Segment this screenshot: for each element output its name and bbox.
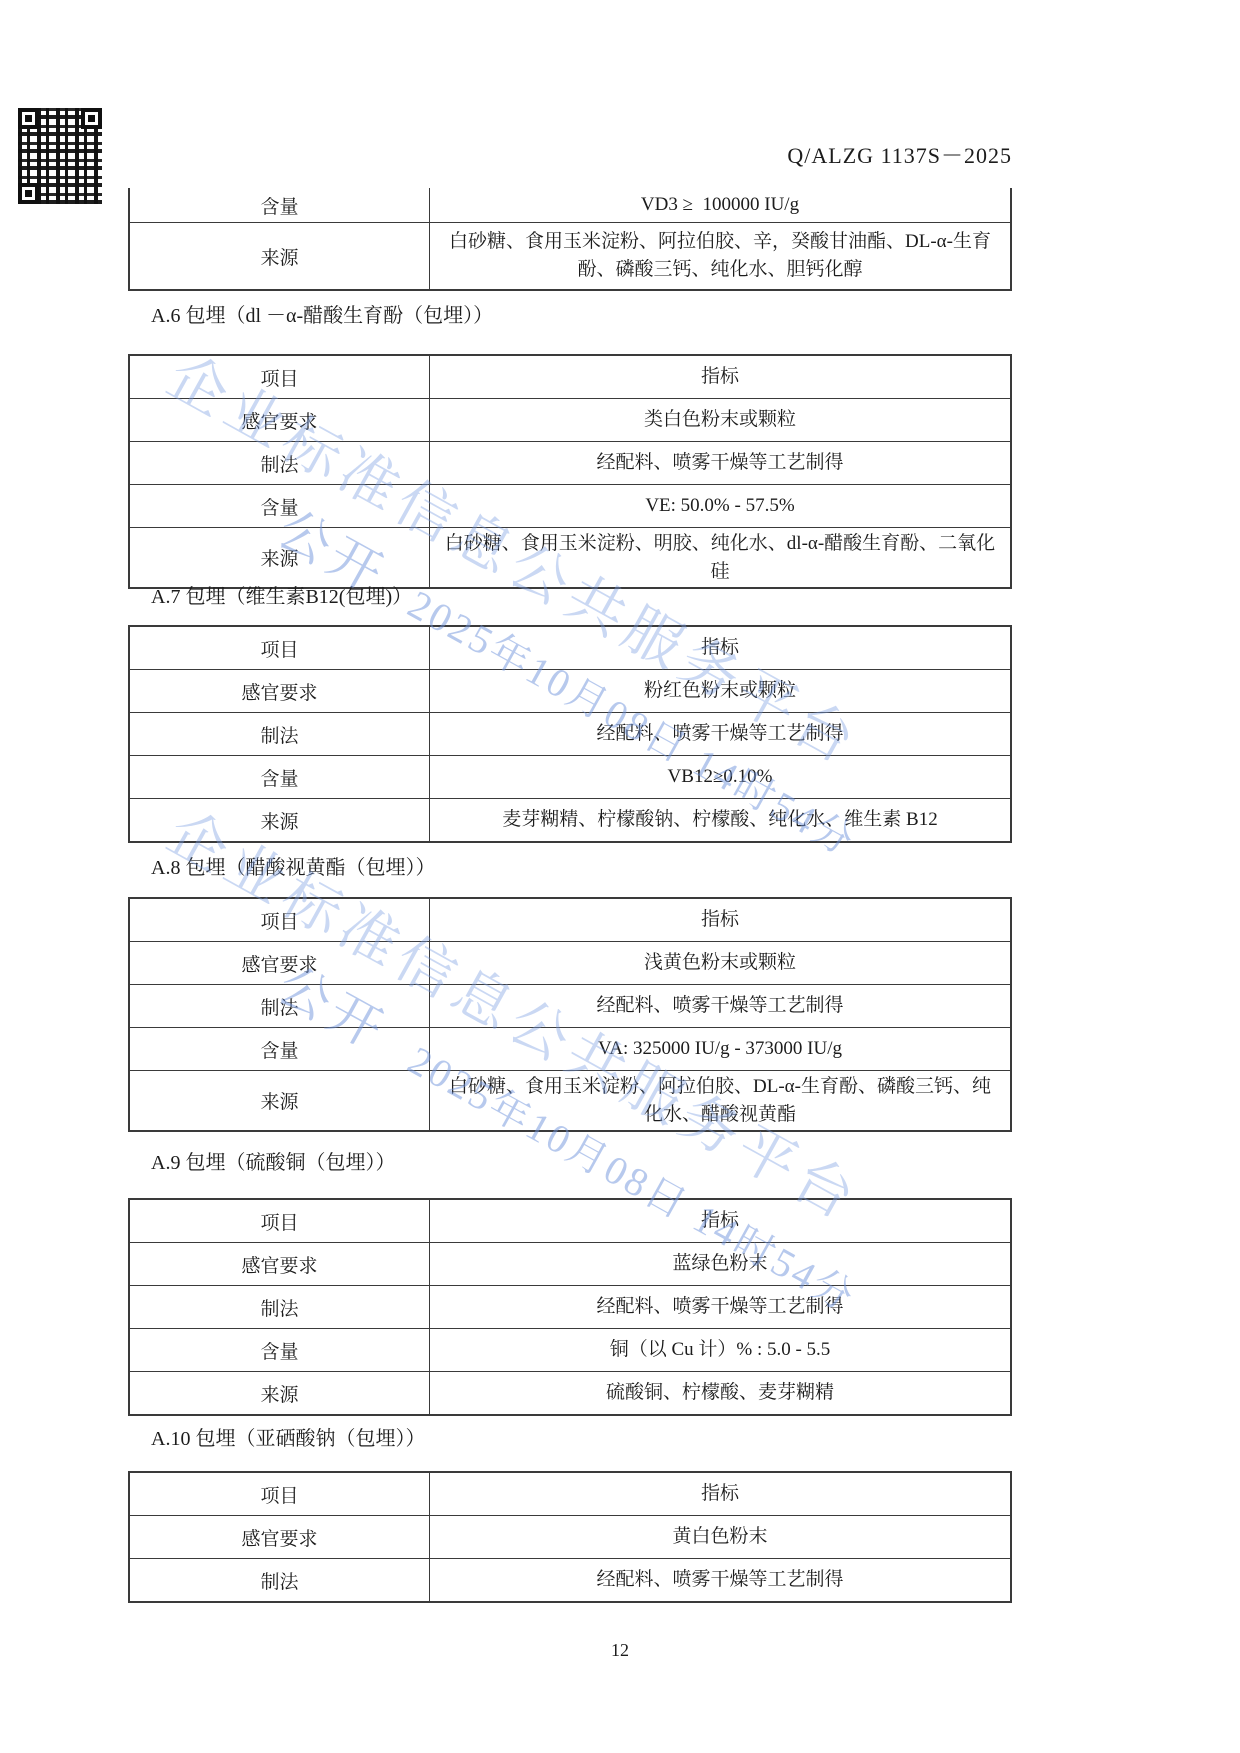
row-value-cell: VE: 50.0% - 57.5% (430, 485, 1010, 527)
row-label-cell: 感官要求 (130, 670, 430, 712)
table-row: 制法经配料、喷雾干燥等工艺制得 (130, 984, 1010, 1027)
qr-finder-icon (18, 183, 39, 204)
table-row: 项目指标 (130, 1200, 1010, 1242)
row-value-cell: 经配料、喷雾干燥等工艺制得 (430, 713, 1010, 755)
row-label-cell: 感官要求 (130, 1243, 430, 1285)
table-row: 制法经配料、喷雾干燥等工艺制得 (130, 1558, 1010, 1601)
row-value-cell: 浅黄色粉末或颗粒 (430, 942, 1010, 984)
row-label-cell: 制法 (130, 1559, 430, 1601)
row-value-cell: 白砂糖、食用玉米淀粉、阿拉伯胶、辛，癸酸甘油酯、DL-α-生育酚、磷酸三钙、纯化… (430, 223, 1010, 289)
section-heading: A.7 包埋（维生素B12(包埋)） (151, 584, 412, 610)
table-row: 项目指标 (130, 627, 1010, 669)
row-value-cell: 黄白色粉末 (430, 1516, 1010, 1558)
page-number: 12 (0, 1640, 1240, 1661)
row-label-cell: 来源 (130, 528, 430, 587)
row-value-cell: VA: 325000 IU/g - 373000 IU/g (430, 1028, 1010, 1070)
row-value-cell: 铜（以 Cu 计）% : 5.0 - 5.5 (430, 1329, 1010, 1371)
table-row: 感官要求蓝绿色粉末 (130, 1242, 1010, 1285)
table-row: 含量VB12≥0.10% (130, 755, 1010, 798)
table-row: 感官要求类白色粉末或颗粒 (130, 398, 1010, 441)
row-label-cell: 制法 (130, 442, 430, 484)
row-value-cell: 麦芽糊精、柠檬酸钠、柠檬酸、纯化水、维生素 B12 (430, 799, 1010, 841)
section-heading: A.6 包埋（dl －α-醋酸生育酚（包埋）） (151, 303, 493, 329)
row-label-cell: 来源 (130, 1372, 430, 1414)
spec-table: 项目指标感官要求粉红色粉末或颗粒制法经配料、喷雾干燥等工艺制得含量VB12≥0.… (128, 625, 1012, 843)
section-heading: A.8 包埋（醋酸视黄酯（包埋）） (151, 855, 435, 881)
document-number: Q/ALZG 1137S－2025 (787, 139, 1012, 170)
spec-table: 项目指标感官要求蓝绿色粉末制法经配料、喷雾干燥等工艺制得含量铜（以 Cu 计）%… (128, 1198, 1012, 1416)
table-row: 来源硫酸铜、柠檬酸、麦芽糊精 (130, 1371, 1010, 1414)
row-label-cell: 制法 (130, 1286, 430, 1328)
row-value-cell: 指标 (430, 356, 1010, 398)
table-row: 含量VA: 325000 IU/g - 373000 IU/g (130, 1027, 1010, 1070)
row-value-cell: 指标 (430, 1473, 1010, 1515)
row-value-cell: 白砂糖、食用玉米淀粉、阿拉伯胶、DL-α-生育酚、磷酸三钙、纯化水、醋酸视黄酯 (430, 1071, 1010, 1130)
row-value-cell: 硫酸铜、柠檬酸、麦芽糊精 (430, 1372, 1010, 1414)
row-label-cell: 项目 (130, 1200, 430, 1242)
row-value-cell: 指标 (430, 627, 1010, 669)
table-row: 制法经配料、喷雾干燥等工艺制得 (130, 712, 1010, 755)
row-label-cell: 含量 (130, 1028, 430, 1070)
spec-table: 项目指标感官要求类白色粉末或颗粒制法经配料、喷雾干燥等工艺制得含量VE: 50.… (128, 354, 1012, 589)
row-label-cell: 来源 (130, 1071, 430, 1130)
row-label-cell: 制法 (130, 713, 430, 755)
row-label-cell: 制法 (130, 985, 430, 1027)
row-value-cell: 经配料、喷雾干燥等工艺制得 (430, 442, 1010, 484)
document-page: Q/ALZG 1137S－2025 企业标准信息公共服务平台 公开 2025年1… (0, 0, 1240, 1753)
table-row: 项目指标 (130, 356, 1010, 398)
qr-code-icon (18, 108, 102, 204)
row-label-cell: 感官要求 (130, 1516, 430, 1558)
row-label-cell: 含量 (130, 188, 430, 222)
table-row: 含量铜（以 Cu 计）% : 5.0 - 5.5 (130, 1328, 1010, 1371)
table-row: 来源麦芽糊精、柠檬酸钠、柠檬酸、纯化水、维生素 B12 (130, 798, 1010, 841)
row-label-cell: 含量 (130, 485, 430, 527)
row-value-cell: 指标 (430, 899, 1010, 941)
row-value-cell: 类白色粉末或颗粒 (430, 399, 1010, 441)
qr-finder-icon (81, 108, 102, 129)
row-value-cell: 经配料、喷雾干燥等工艺制得 (430, 985, 1010, 1027)
section-heading: A.9 包埋（硫酸铜（包埋）） (151, 1150, 395, 1176)
row-value-cell: 粉红色粉末或颗粒 (430, 670, 1010, 712)
spec-table: 项目指标感官要求黄白色粉末制法经配料、喷雾干燥等工艺制得 (128, 1471, 1012, 1603)
table-row: 感官要求粉红色粉末或颗粒 (130, 669, 1010, 712)
row-label-cell: 感官要求 (130, 942, 430, 984)
row-label-cell: 来源 (130, 799, 430, 841)
section-heading: A.10 包埋（亚硒酸钠（包埋）） (151, 1426, 425, 1452)
table-row: 来源白砂糖、食用玉米淀粉、阿拉伯胶、辛，癸酸甘油酯、DL-α-生育酚、磷酸三钙、… (130, 222, 1010, 289)
row-value-cell: 经配料、喷雾干燥等工艺制得 (430, 1286, 1010, 1328)
row-label-cell: 含量 (130, 1329, 430, 1371)
row-value-cell: VD3 ≥ 100000 IU/g (430, 188, 1010, 222)
row-label-cell: 项目 (130, 899, 430, 941)
table-row: 来源白砂糖、食用玉米淀粉、明胶、纯化水、dl-α-醋酸生育酚、二氧化硅 (130, 527, 1010, 587)
row-label-cell: 感官要求 (130, 399, 430, 441)
table-row: 来源白砂糖、食用玉米淀粉、阿拉伯胶、DL-α-生育酚、磷酸三钙、纯化水、醋酸视黄… (130, 1070, 1010, 1130)
row-label-cell: 来源 (130, 223, 430, 289)
row-value-cell: 经配料、喷雾干燥等工艺制得 (430, 1559, 1010, 1601)
table-row: 制法经配料、喷雾干燥等工艺制得 (130, 1285, 1010, 1328)
spec-table-continued: 含量VD3 ≥ 100000 IU/g来源白砂糖、食用玉米淀粉、阿拉伯胶、辛，癸… (128, 188, 1012, 291)
table-row: 含量VD3 ≥ 100000 IU/g (130, 188, 1010, 222)
row-label-cell: 含量 (130, 756, 430, 798)
row-label-cell: 项目 (130, 1473, 430, 1515)
table-row: 含量VE: 50.0% - 57.5% (130, 484, 1010, 527)
spec-table: 项目指标感官要求浅黄色粉末或颗粒制法经配料、喷雾干燥等工艺制得含量VA: 325… (128, 897, 1012, 1132)
row-value-cell: VB12≥0.10% (430, 756, 1010, 798)
row-label-cell: 项目 (130, 356, 430, 398)
row-label-cell: 项目 (130, 627, 430, 669)
table-row: 项目指标 (130, 1473, 1010, 1515)
row-value-cell: 指标 (430, 1200, 1010, 1242)
row-value-cell: 蓝绿色粉末 (430, 1243, 1010, 1285)
row-value-cell: 白砂糖、食用玉米淀粉、明胶、纯化水、dl-α-醋酸生育酚、二氧化硅 (430, 528, 1010, 587)
qr-finder-icon (18, 108, 39, 129)
table-row: 感官要求浅黄色粉末或颗粒 (130, 941, 1010, 984)
table-row: 制法经配料、喷雾干燥等工艺制得 (130, 441, 1010, 484)
table-row: 项目指标 (130, 899, 1010, 941)
table-row: 感官要求黄白色粉末 (130, 1515, 1010, 1558)
